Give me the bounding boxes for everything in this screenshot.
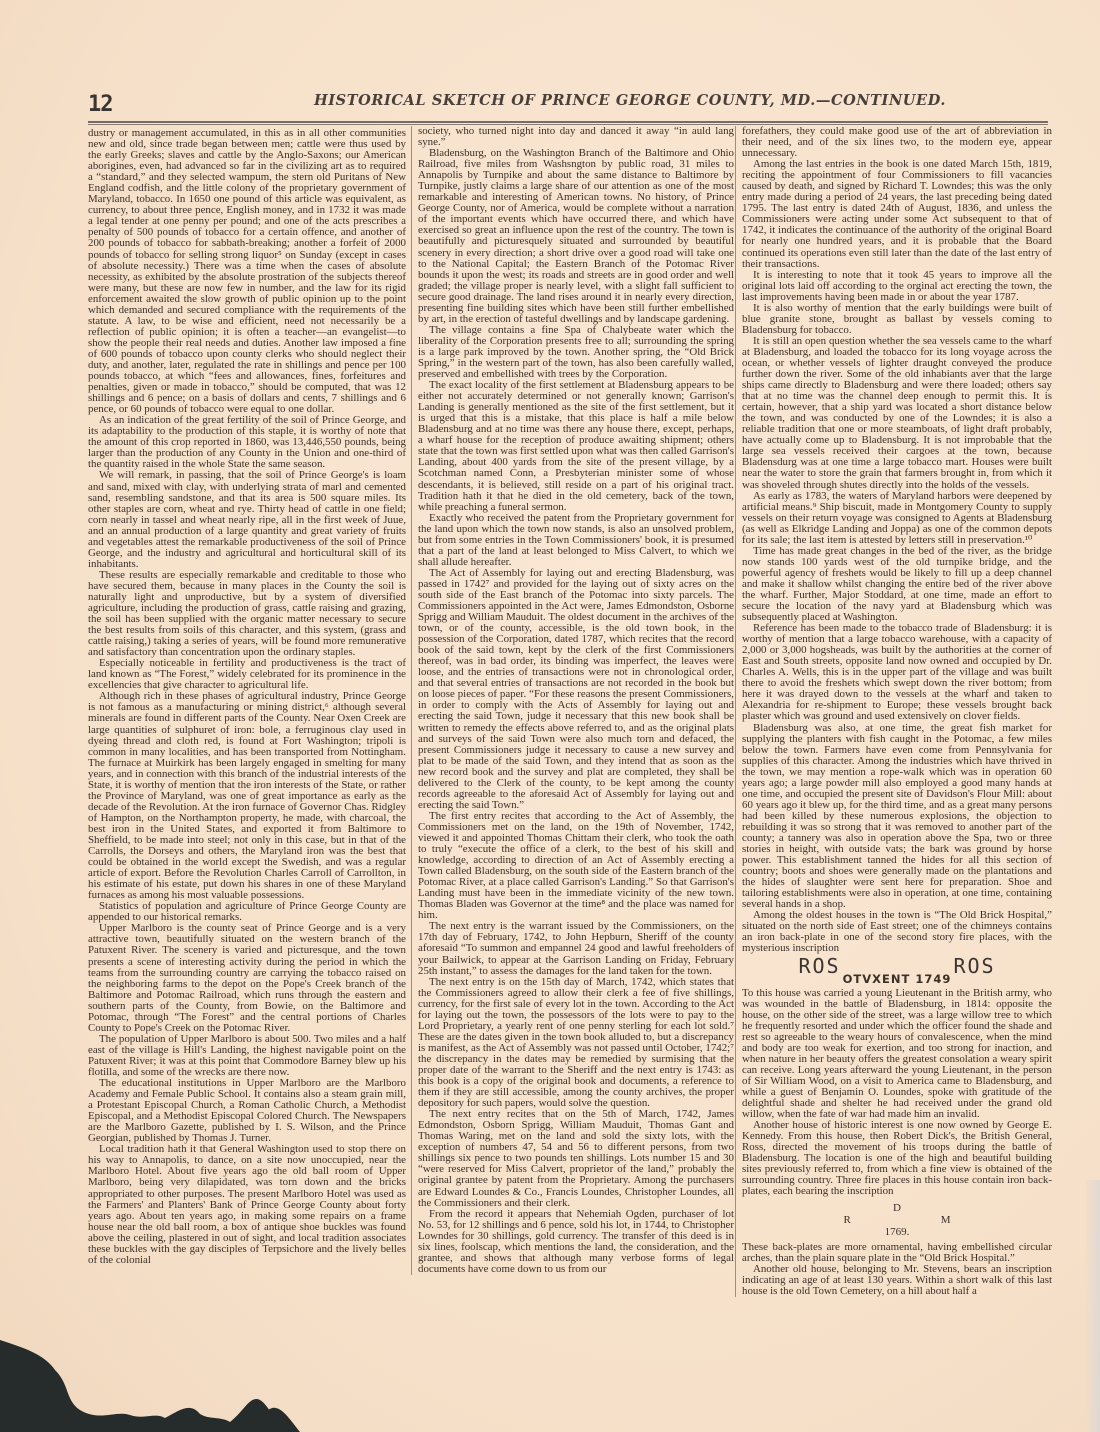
inscription-ros: ROS ROS [742,961,1052,972]
inscription-drm-right: M [941,1214,951,1226]
paragraph: Reference has been made to the tobacco t… [742,623,1052,722]
inscription-drm-top: D [742,1202,1052,1214]
paragraph: The next entry recites that on the 5th o… [418,1109,734,1208]
paragraph: From the record it appears that Nehemiah… [418,1209,734,1275]
page-header: 12 HISTORICAL SKETCH OF PRINCE GEORGE CO… [88,88,1048,118]
inscription-ros-left: ROS [798,961,840,972]
column-1: dustry or management accumulated, in thi… [88,128,406,1266]
paragraph: Upper Marlboro is the county seat of Pri… [88,923,406,1033]
paragraph: It is also worthy of mention that the ea… [742,303,1052,336]
paragraph: The Act of Assembly for laying out and e… [418,568,734,811]
paragraph: Statistics of population and agriculture… [88,901,406,923]
paragraph: dustry or management accumulated, in thi… [88,128,406,415]
torn-edge-right [1086,1180,1100,1432]
column-2: society, who turned night into day and d… [411,126,734,1275]
paragraph: The village contains a fine Spa of Chaly… [418,325,734,380]
paragraph: The next entry is the warrant issued by … [418,921,734,976]
scanned-page: 12 HISTORICAL SKETCH OF PRINCE GEORGE CO… [0,0,1100,1432]
paragraph: It is still an open question whether the… [742,336,1052,491]
inscription-otvxent: OTVXENT 1749 [742,974,1052,985]
paragraph: society, who turned night into day and d… [418,126,734,148]
paragraph: The exact locality of the first settleme… [418,380,734,513]
paragraph: To this house was carried a young Lieute… [742,988,1052,1121]
paragraph: Among the oldest houses in the town is “… [742,910,1052,954]
paragraph: The population of Upper Marlboro is abou… [88,1034,406,1078]
paragraph: Local tradition hath it that General Was… [88,1144,406,1266]
paragraph: Exactly who received the patent from the… [418,513,734,568]
paragraph: Time has made great changes in the bed o… [742,546,1052,623]
paragraph: The educational institutions in Upper Ma… [88,1078,406,1144]
paragraph: forefathers, they could make good use of… [742,126,1052,159]
header-rule-thick [88,121,1048,123]
running-title: HISTORICAL SKETCH OF PRINCE GEORGE COUNT… [314,92,946,109]
paragraph: Especially noticeable in fertility and p… [88,658,406,691]
inscription-drm: D R M 1769. [742,1202,1052,1238]
paragraph: As early as 1783, the waters of Maryland… [742,491,1052,546]
page-number: 12 [88,92,113,117]
text-columns: dustry or management accumulated, in thi… [88,128,1048,1358]
paragraph: Another house of historic interest is on… [742,1120,1052,1197]
paragraph: As an indication of the great fertility … [88,415,406,470]
inscription-ros-right: ROS [953,961,995,972]
paragraph: Another old house, belonging to Mr. Stev… [742,1264,1052,1297]
inscription-drm-left: R [843,1214,850,1226]
paragraph: Bladensburg, on the Washington Branch of… [418,148,734,325]
paragraph: Among the last entries in the book is on… [742,159,1052,269]
paragraph: The next entry is on the 15th day of Mar… [418,977,734,1110]
torn-edge-damage [0,1340,700,1432]
paragraph: It is interesting to note that it took 4… [742,270,1052,303]
column-3: forefathers, they could make good use of… [735,126,1052,1297]
inscription-drm-year: 1769. [742,1226,1052,1238]
paragraph: Bladensburg was also, at one time, the g… [742,723,1052,911]
paragraph: Although rich in these phases of agricul… [88,691,406,901]
paragraph: These results are especially remarkable … [88,570,406,658]
paragraph: These back-plates are more ornamental, h… [742,1242,1052,1264]
paragraph: The first entry recites that according t… [418,811,734,921]
paragraph: We will remark, in passing, that the soi… [88,470,406,569]
